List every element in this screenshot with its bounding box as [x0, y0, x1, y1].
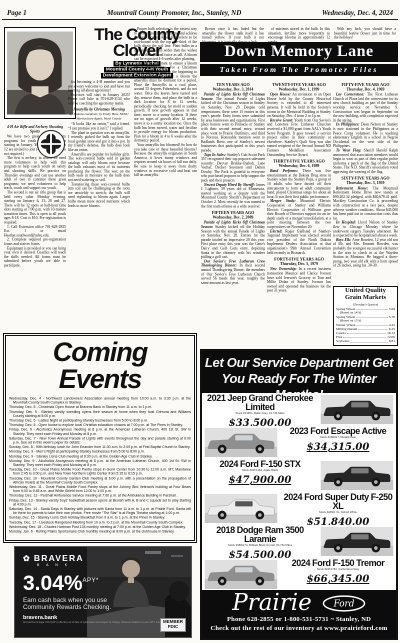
- vehicle-stock: Stock #24ND XL, Oxford White: [280, 511, 396, 514]
- text-block: The plant in question was an amaryllis. …: [68, 131, 130, 152]
- grain-row: Flax12.00: [336, 335, 395, 339]
- vehicle-listing: 2018 Dodge Ram 3500 Laramie Stock #18W17…: [202, 525, 396, 558]
- text-block: Newest Deputy Hired By Sheriff: James J.…: [201, 183, 265, 209]
- text-block: The first is archery, in which we need m…: [4, 156, 66, 190]
- bravera-brand-sub: B A N K: [37, 563, 191, 567]
- vehicle-stock: Stock #18W174, Brilliant Black Crystal, …: [202, 544, 318, 547]
- vehicle-info: 2018 Dodge Ram 3500 Laramie Stock #18W17…: [202, 525, 318, 558]
- text-block: Equipment is provided or you can bring y…: [4, 246, 66, 267]
- text-block: Parade of Lights Kicks Off Christmas Sea…: [201, 93, 265, 153]
- apy-rate: 3.04%APY*: [23, 573, 191, 594]
- vehicle-stock: Stock #14P61, Baltic Gray, 41,749 Miles: [202, 412, 318, 415]
- ad-tagline: Earn cash back when you use Community Re…: [23, 597, 123, 612]
- vehicle-listing: 2023 Ford Escape Active Stock #23R617, M…: [202, 426, 396, 459]
- event-item: Tuesday, Dec. 10 - Great Plains Mobile F…: [9, 468, 191, 476]
- vehicle-name: 2021 Jeep Grand Cherokee Limited: [202, 394, 318, 412]
- ford-logo-icon: Ford: [322, 595, 366, 612]
- vehicle-price: $51,840.00: [280, 517, 396, 525]
- dealer-name: Prairie: [232, 592, 312, 615]
- text-block: Proper bulb selection is the easiest way…: [134, 27, 197, 61]
- clover-continuation-3: With any luck, you should have a beautif…: [334, 27, 396, 42]
- vehicle-name: 2018 Dodge Ram 3500 Laramie: [202, 526, 318, 544]
- columnist-portrait-photo: [4, 27, 76, 119]
- memory-lane-column-2: TWENTY-FIVE YEARS AGOWednesday, Dec. 1, …: [267, 78, 331, 346]
- event-item: Thursday, Dec. 5 - Open house to explore…: [9, 424, 191, 428]
- vehicle-price: $34,315.00: [280, 442, 396, 453]
- text-block: Timing is important to ensure a bloom fo…: [134, 61, 197, 143]
- text-block: In Hospital: Lloyd Nelson of Stanley fle…: [333, 221, 398, 238]
- text-block: Retirement Home: The Mountrail Retiremen…: [333, 186, 398, 220]
- text-block: Band Performs: There was live entertainm…: [267, 169, 331, 199]
- text-block: New Ownership: In a recent business tran…: [267, 267, 331, 293]
- clover-column-2: for becoming a 4-H member and you are al…: [68, 80, 130, 330]
- bravera-bank-ad: ✿ BRAVERA B A N K 3.04%APY* Earn cash ba…: [14, 546, 192, 638]
- 4h-clover-icon: [37, 130, 65, 158]
- memory-lane-column-1: TEN YEARS AGOWednesday, Dec. 3, 2014Para…: [201, 78, 265, 346]
- event-item: Thursday, Dec. 5 - Stanley varsity wrest…: [9, 410, 191, 418]
- text-block: Wednesday, Dec. 2, 2009: [201, 215, 265, 219]
- text-block: Receive Grant: Youth from Our Savior's a…: [267, 118, 331, 157]
- memory-lane-banner: Down Memory Lane: [200, 42, 398, 62]
- grain-quotes-label: (Tuesday's Quotes): [336, 303, 395, 307]
- event-item: Sunday, Dec. 8 - 90th birthday lunch for…: [9, 446, 191, 450]
- vehicle-photo: [202, 558, 280, 590]
- grain-row: Spring Wheat5.69 (Based on 14%): [336, 307, 395, 315]
- vehicle-photo: [202, 426, 280, 459]
- vehicle-info: 2021 Jeep Grand Cherokee Limited Stock #…: [202, 393, 318, 426]
- text-block: Practices will start in January 2025! Pl…: [68, 93, 130, 106]
- vehicle-photo: [202, 492, 280, 525]
- event-item: Friday, Dec. 13 - Stanley varsity boys' …: [9, 499, 191, 507]
- portrait-illustration: [7, 30, 73, 116]
- prairie-ford-ad: Let Our Service Department Get You Ready…: [200, 349, 398, 640]
- text-block: Lay Cornerstone: The First Lutheran Chur…: [333, 93, 398, 123]
- vehicle-price: $47,900.00: [202, 475, 318, 486]
- vehicle-photo: [318, 459, 396, 492]
- svg-text:Ford: Ford: [332, 599, 354, 609]
- event-item: Thursday, Dec. 5 - Ladies Night at parti…: [9, 419, 191, 423]
- service-ad-headline: Let Our Service Department Get You Ready…: [202, 351, 396, 393]
- vehicle-name: 2024 Ford Super Duty F-250 XL: [280, 493, 396, 511]
- dealer-website: Check out the rest of our inventory at w…: [202, 625, 396, 634]
- vehicle-info: 2023 Ford Escape Active Stock #23R617, M…: [280, 426, 396, 459]
- text-block: Wednesday, Dec. 3, 2014: [201, 87, 265, 91]
- text-block: Merger Study: Mountrail Electric Coopera…: [267, 199, 331, 229]
- event-item: Saturday, Dec. 14 - Santa Days in Stanle…: [9, 508, 191, 516]
- text-block: Transferring these wax-covered bulbs int…: [68, 182, 130, 208]
- text-block: Amaryllis are popular for holiday gifts.…: [68, 152, 130, 182]
- grain-markets-box: United Quality Grain Markets (Tuesday's …: [333, 286, 398, 346]
- text-block: Your amaryllis has bloomed! So how do yo…: [134, 143, 197, 177]
- text-block: by Dakota Gardener, by Emily How, NDSU H…: [68, 113, 130, 122]
- fdic-badge: MEMBER FDIC: [160, 618, 186, 632]
- vehicle-price: $33,500.00: [202, 418, 318, 426]
- event-item: Monday, Dec. 9 - Stanley Lions Club meet…: [9, 455, 191, 459]
- text-block: Thursday, Dec. 3, 1959: [333, 181, 398, 185]
- vehicle-stock: Stock #24F1782, Carbonized Gray: [280, 568, 396, 571]
- vehicle-listing: 2021 Jeep Grand Cherokee Limited Stock #…: [202, 393, 396, 426]
- bravera-brand: ✿ BRAVERA: [23, 553, 191, 563]
- event-item: Tuesday, Dec. 10 - Mountrail County Gard…: [9, 477, 191, 485]
- vehicle-photo: [318, 393, 396, 426]
- event-item: Thursday, Dec. 5 - Christmas Open House …: [9, 406, 191, 410]
- vehicle-price: $54,500.00: [202, 550, 318, 558]
- dealer-footer: Prairie Ford Phone 628-2855 or 1-800-531…: [202, 590, 396, 638]
- vehicle-name: 2023 Ford Escape Active: [280, 427, 396, 436]
- vehicle-listing: 2024 Ford Super Duty F-250 XL Stock #24N…: [202, 492, 396, 525]
- text-block: The second is our air rifle group that i…: [4, 190, 66, 224]
- page-header: Page 1 Mountrail County Promoter, Inc., …: [2, 3, 398, 20]
- memory-lane-subtitle: Taken From The Promoter Files: [200, 64, 398, 76]
- event-item: Wednesday, Dec. 18 - Charles Hartman Pos…: [9, 525, 191, 529]
- vehicle-stock: Stock #24F1484, Agate Black: [202, 469, 318, 472]
- vehicle-photo: [318, 525, 396, 558]
- event-item: Monday, Dec. 9 - Men's Night at particip…: [9, 450, 191, 454]
- text-block: Thursday, Dec. 4, 1969: [333, 87, 398, 91]
- text-block: Our Savior's Free Lutheran Crew Thanksgi…: [201, 259, 265, 285]
- vehicle-listing: 2024 Ford F-150 STX Stock #24F1484, Agat…: [202, 459, 396, 492]
- text-block: Wednesday, Dec. 1, 1999: [267, 87, 331, 91]
- event-item: Tuesday, Dec. 17 - Livestock Rangeland M…: [9, 521, 191, 525]
- vehicle-stock: Stock #23R617, Metallic Blue: [280, 436, 396, 439]
- text-block: To Wear Flag: Sheriff Harold Ralph annou…: [333, 148, 398, 174]
- bravera-logo-icon: ✿: [23, 554, 31, 563]
- text-block: Elected: Roger Gjellstad of Stanley-Tage…: [267, 229, 331, 255]
- event-item: Thursday, Dec. 12 - Parshall Ambulance S…: [9, 494, 191, 498]
- text-block: Brown once it has faded but the amarylli…: [202, 27, 264, 42]
- event-item: Sunday, Dec. 15 - Stanley Lions Club Hol…: [9, 516, 191, 520]
- grain-row: Spring Wheat5.76 (Based on 15%): [336, 314, 395, 322]
- vehicle-name: 2024 Ford F-150 STX: [202, 460, 318, 469]
- vehicle-price: $66,345.00: [280, 574, 396, 585]
- newspaper-page: Page 1 Mountrail County Promoter, Inc., …: [0, 0, 400, 643]
- grain-row: Canola16.13: [336, 331, 395, 335]
- event-item: Saturday, Dec. 7 - New Town Annual Parad…: [9, 437, 191, 445]
- event-item: Friday, Dec. 6 - Alcoholics Anonymous me…: [9, 428, 191, 436]
- vehicle-info: 2024 Ford F-150 Tremor Stock #24F1782, C…: [280, 558, 396, 590]
- memory-lane-column-3: FIFTY-FIVE YEARS AGOThursday, Dec. 4, 19…: [333, 78, 398, 284]
- text-block: Parade of Lights Kicks Off Christmas Sea…: [201, 221, 265, 260]
- event-item: Monday, Jan. 6 - Rolling Plains Sportsma…: [9, 530, 191, 534]
- text-block: Wednesday, Dec. 6, 1989: [267, 164, 331, 168]
- grain-row: Winter Wheat4.25: [336, 322, 395, 326]
- clover-continuation-2: of nutrients stored in the bulb. In this…: [268, 27, 330, 42]
- page-number: Page 1: [7, 9, 27, 17]
- event-item: Wednesday, Dec. 11 - Great Plains Mobile…: [9, 486, 191, 494]
- clover-column-3: Proper bulb selection is the easiest way…: [134, 27, 197, 330]
- grain-title-line-2: Grain Markets: [336, 295, 395, 302]
- text-block: 1. Call Extension office 701-628-2835 Ex…: [4, 225, 66, 238]
- masthead: Mountrail County Promoter, Inc., Stanley…: [107, 9, 241, 17]
- text-block: Amaryllis by Christmas Morning: [68, 107, 130, 111]
- vehicle-listing: 2024 Ford F-150 Tremor Stock #24F1782, C…: [202, 558, 396, 590]
- text-block: Open House: An invitation to an Open Hou…: [267, 93, 331, 119]
- clover-continuation-1: Brown once it has faded but the amarylli…: [202, 27, 264, 42]
- grain-row: Milling Durum6.25: [336, 326, 395, 330]
- event-item: Wednesday, Dec. 4 - Northwest Landowners…: [9, 397, 191, 405]
- vehicle-info: 2024 Ford F-150 STX Stock #24F1484, Agat…: [202, 459, 318, 492]
- grain-row: Soybeans8.81: [336, 339, 395, 343]
- event-item: Monday, Dec. 9 - Alcoholics Anonymous me…: [9, 459, 191, 467]
- text-block: for becoming a 4-H member and you are al…: [68, 80, 130, 93]
- issue-date: Wednesday, Dec. 4, 2024: [322, 9, 393, 17]
- text-block: of nutrients stored in the bulb. In this…: [268, 27, 330, 42]
- text-block: With any luck, you should have a beautif…: [334, 27, 396, 40]
- text-block: In Philippines: Dean Nelson of Stanley i…: [333, 123, 398, 149]
- coming-events-box: Coming Events Wednesday, Dec. 4 - Northw…: [3, 333, 197, 543]
- text-block: Tops In Sales: Stanley's Cub Scout Pack …: [201, 153, 265, 183]
- vehicle-name: 2024 Ford F-150 Tremor: [280, 559, 396, 568]
- coming-events-title: Coming Events: [9, 339, 191, 393]
- text-block: Thursday, Dec. 5, 1979: [267, 262, 331, 266]
- dealer-phone: Phone 628-2855 or 1-800-531-5731 ~ Stanl…: [202, 616, 396, 625]
- vehicle-info: 2024 Ford Super Duty F-250 XL Stock #24N…: [280, 492, 396, 525]
- text-block: Boys Elk: Arne Bowden, 12 year old son o…: [333, 238, 398, 268]
